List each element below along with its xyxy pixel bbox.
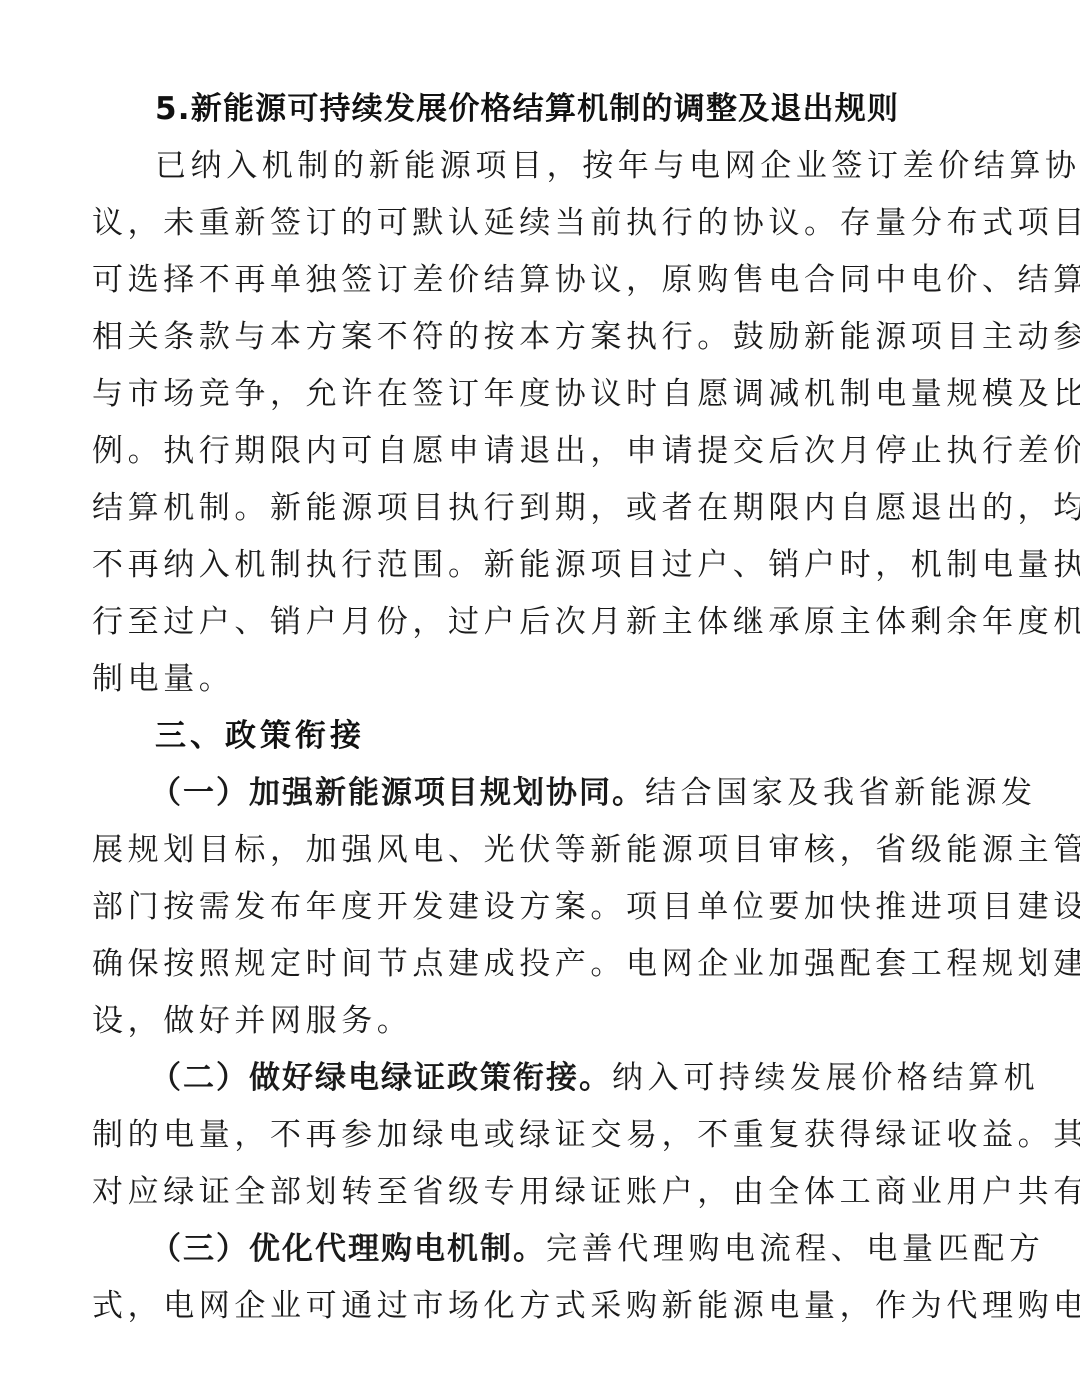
paragraph-line: 与市场竞争，允许在签订年度协议时自愿调减机制电量规模及比 [92,374,988,414]
paragraph-line: 对应绿证全部划转至省级专用绿证账户，由全体工商业用户共有。 [92,1172,988,1212]
subsection-heading: 5.新能源可持续发展价格结算机制的调整及退出规则 [155,89,899,129]
paragraph-line: 结算机制。新能源项目执行到期，或者在期限内自愿退出的，均 [92,488,988,528]
paragraph-line: 例。执行期限内可自愿申请退出，申请提交后次月停止执行差价 [92,431,988,471]
document-page: 5.新能源可持续发展价格结算机制的调整及退出规则 已纳入机制的新能源项目，按年与… [0,0,1080,1400]
paragraph-line: 可选择不再单独签订差价结算协议，原购售电合同中电价、结算 [92,260,988,300]
paragraph-line: 不再纳入机制执行范围。新能源项目过户、销户时，机制电量执 [92,545,988,585]
item-first-line: （二）做好绿电绿证政策衔接。纳入可持续发展价格结算机 [150,1058,988,1098]
item-text: 完善代理购电流程、电量匹配方 [546,1231,1044,1267]
paragraph-line: 制的电量，不再参加绿电或绿证交易，不重复获得绿证收益。其 [92,1115,988,1155]
section-heading: 三、政策衔接 [155,716,365,756]
paragraph-line: 式，电网企业可通过市场化方式采购新能源电量，作为代理购电 [92,1286,988,1326]
item-lead: （二）做好绿电绿证政策衔接。 [150,1060,612,1096]
paragraph-line: 议，未重新签订的可默认延续当前执行的协议。存量分布式项目 [92,203,988,243]
item-lead: （一）加强新能源项目规划协同。 [150,775,645,811]
item-first-line: （三）优化代理购电机制。完善代理购电流程、电量匹配方 [150,1229,988,1269]
item-text: 结合国家及我省新能源发 [645,775,1037,811]
item-text: 纳入可持续发展价格结算机 [612,1060,1039,1096]
paragraph-line: 已纳入机制的新能源项目，按年与电网企业签订差价结算协 [155,146,988,186]
paragraph-line: 相关条款与本方案不符的按本方案执行。鼓励新能源项目主动参 [92,317,988,357]
paragraph-line: 展规划目标，加强风电、光伏等新能源项目审核，省级能源主管 [92,830,988,870]
paragraph-line: 行至过户、销户月份，过户后次月新主体继承原主体剩余年度机 [92,602,988,642]
paragraph-line: 制电量。 [92,659,988,699]
paragraph-line: 部门按需发布年度开发建设方案。项目单位要加快推进项目建设， [92,887,988,927]
item-lead: （三）优化代理购电机制。 [150,1231,546,1267]
item-first-line: （一）加强新能源项目规划协同。结合国家及我省新能源发 [150,773,988,813]
paragraph-line: 确保按照规定时间节点建成投产。电网企业加强配套工程规划建 [92,944,988,984]
paragraph-line: 设，做好并网服务。 [92,1001,988,1041]
